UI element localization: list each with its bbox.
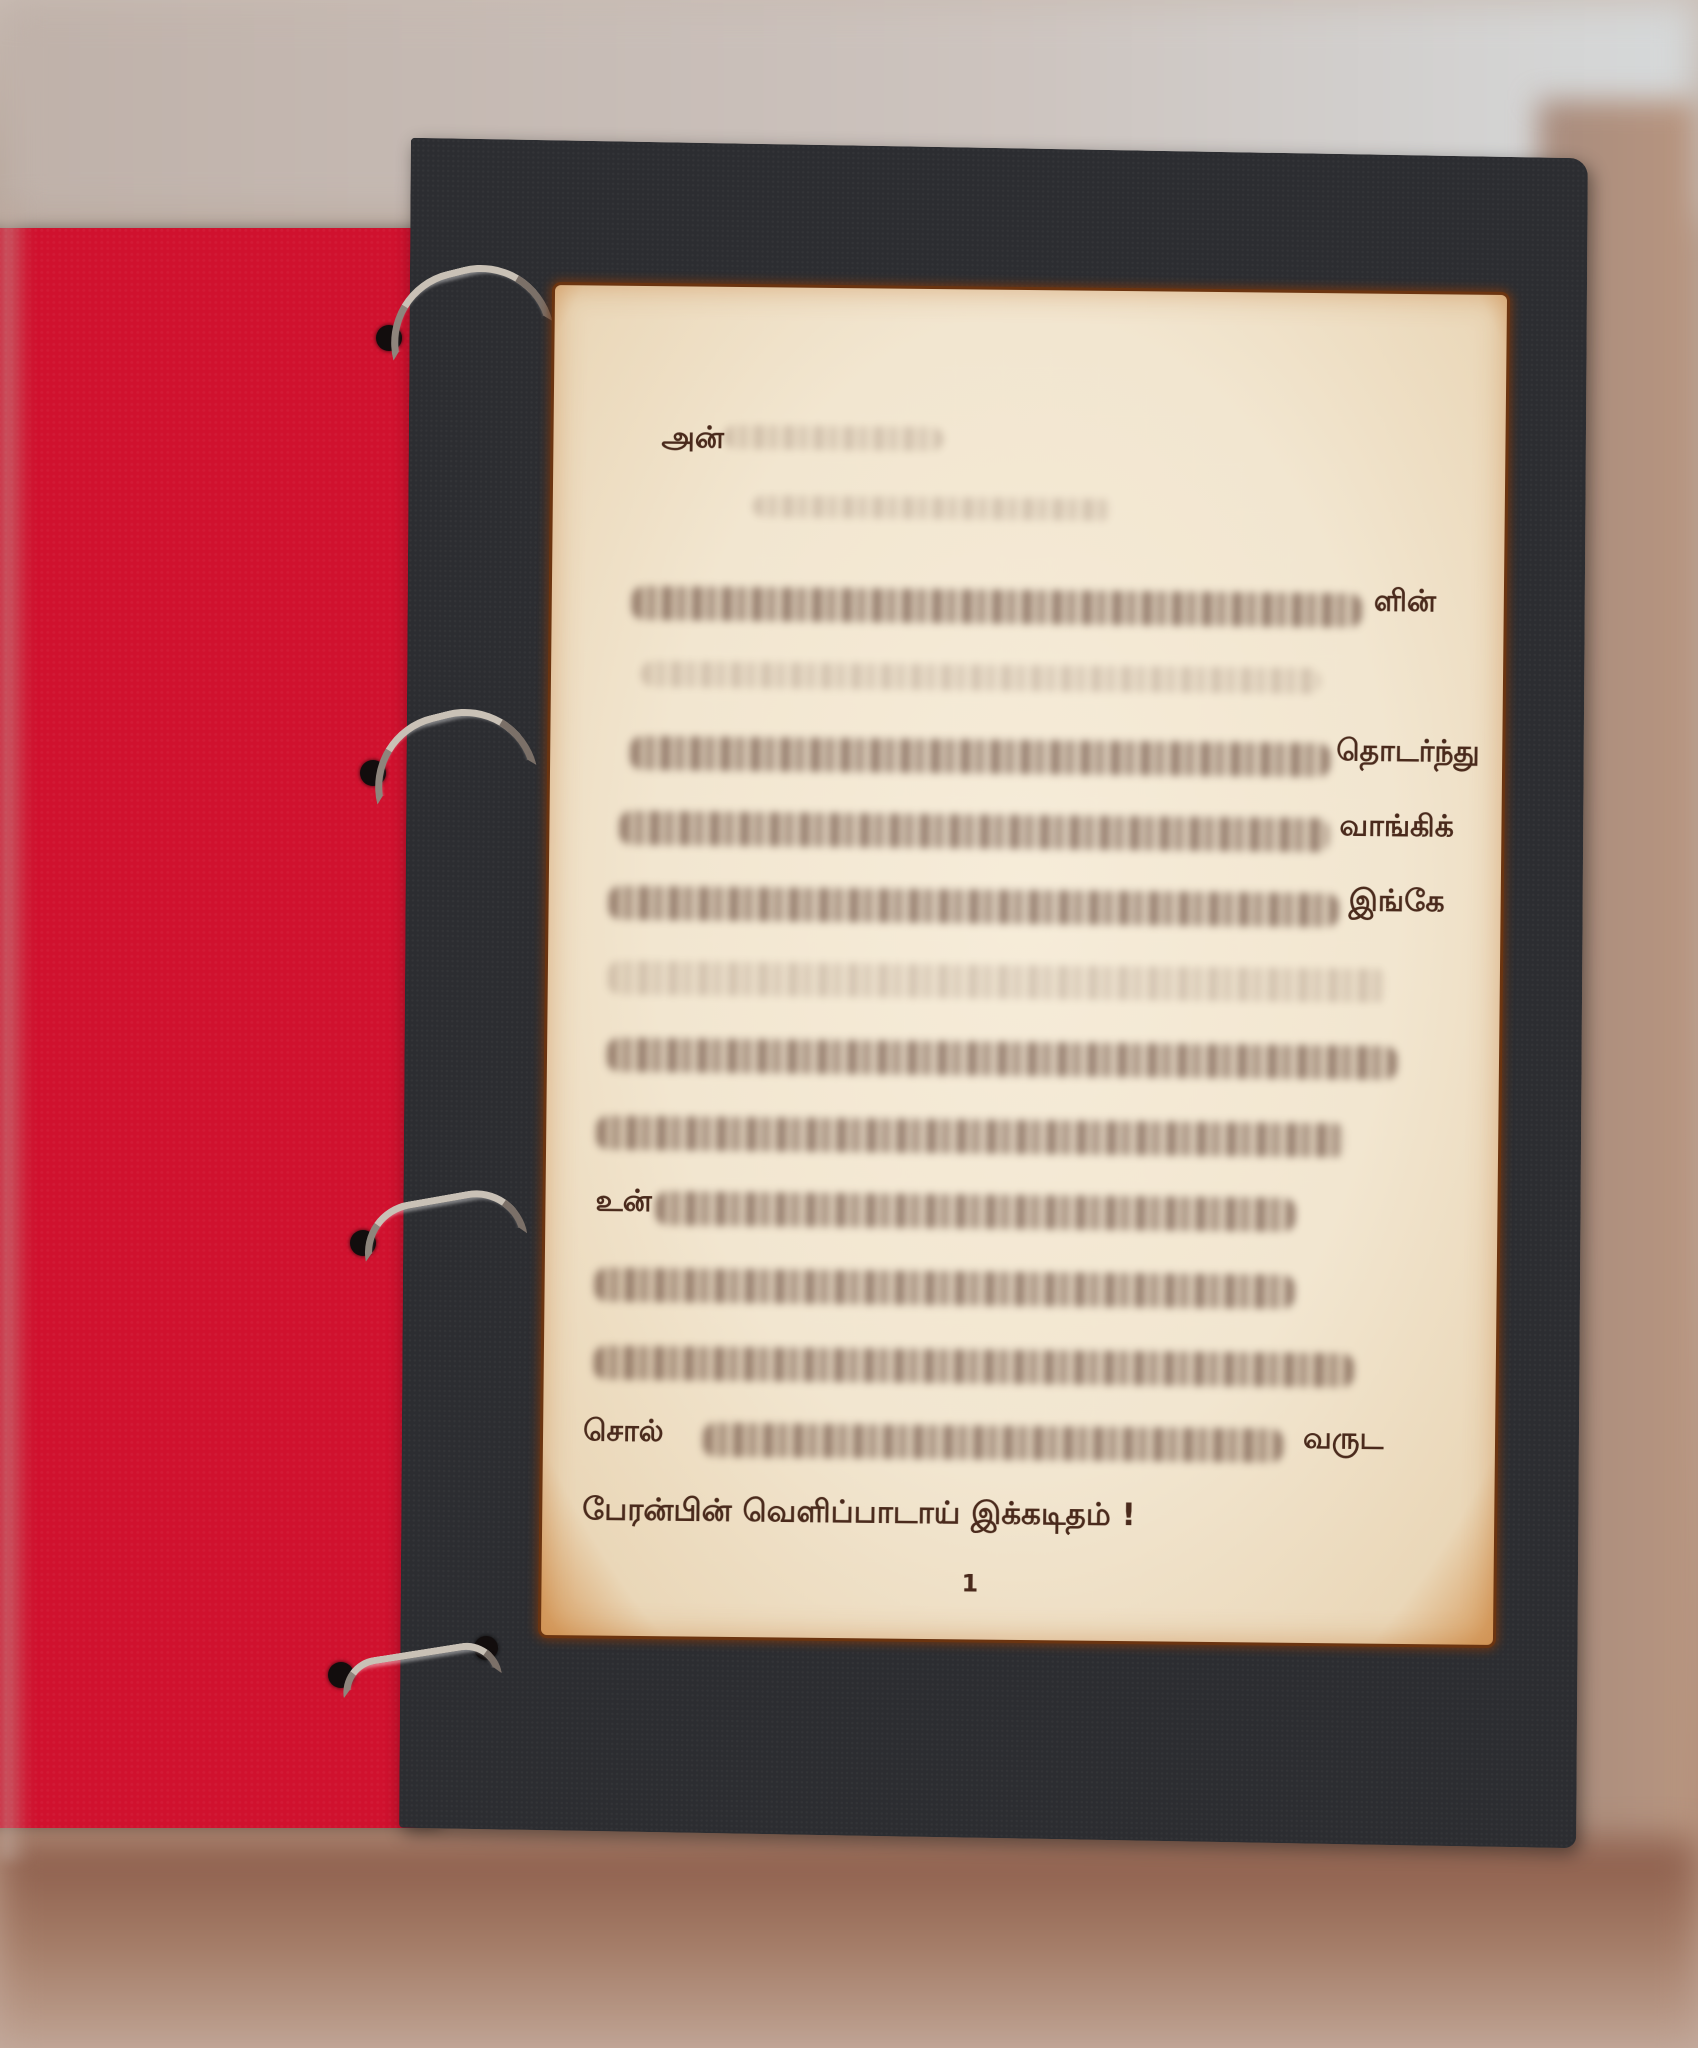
redacted-text — [753, 495, 1113, 521]
redacted-text — [723, 425, 943, 451]
letter-line-12-end-fragment: வருட — [1303, 1421, 1384, 1461]
red-cover-page — [0, 228, 435, 1828]
page-number: 1 — [961, 1569, 978, 1597]
redacted-text — [608, 961, 1388, 1003]
letter-line-5-fragment: இங்கே — [1348, 883, 1444, 923]
redacted-text — [632, 586, 1362, 628]
letter-line-12-fragment: சொல் — [583, 1413, 664, 1453]
redacted-text — [607, 1038, 1397, 1080]
redacted-text — [703, 1423, 1283, 1463]
redacted-text — [641, 661, 1321, 694]
letter-line-1-fragment: ளின் — [1374, 584, 1437, 624]
letter-closing-line: பேரன்பின் வெளிப்பாடாய் இக்கடிதம் ! — [582, 1491, 1136, 1537]
background-table-surface — [0, 1840, 1698, 2048]
redacted-text — [655, 1191, 1295, 1232]
letter-salutation: அன் — [661, 420, 724, 460]
letter-line-9-fragment: உன் — [595, 1184, 652, 1224]
redacted-text — [608, 886, 1338, 928]
letter-line-4-fragment: வாங்கிக் — [1339, 808, 1454, 848]
redacted-text — [630, 736, 1330, 777]
redacted-text — [594, 1346, 1354, 1388]
redacted-text — [594, 1268, 1294, 1309]
redacted-text — [619, 811, 1329, 852]
redacted-text — [596, 1116, 1346, 1158]
letter-line-3-fragment: தொடர்ந்து — [1336, 733, 1480, 773]
burnt-edge-letter-paper: அன் ளின் தொடர்ந்து வாங்கிக் இங்கே உன் சொ… — [541, 285, 1507, 1645]
cover-edge-blur — [0, 200, 30, 1860]
